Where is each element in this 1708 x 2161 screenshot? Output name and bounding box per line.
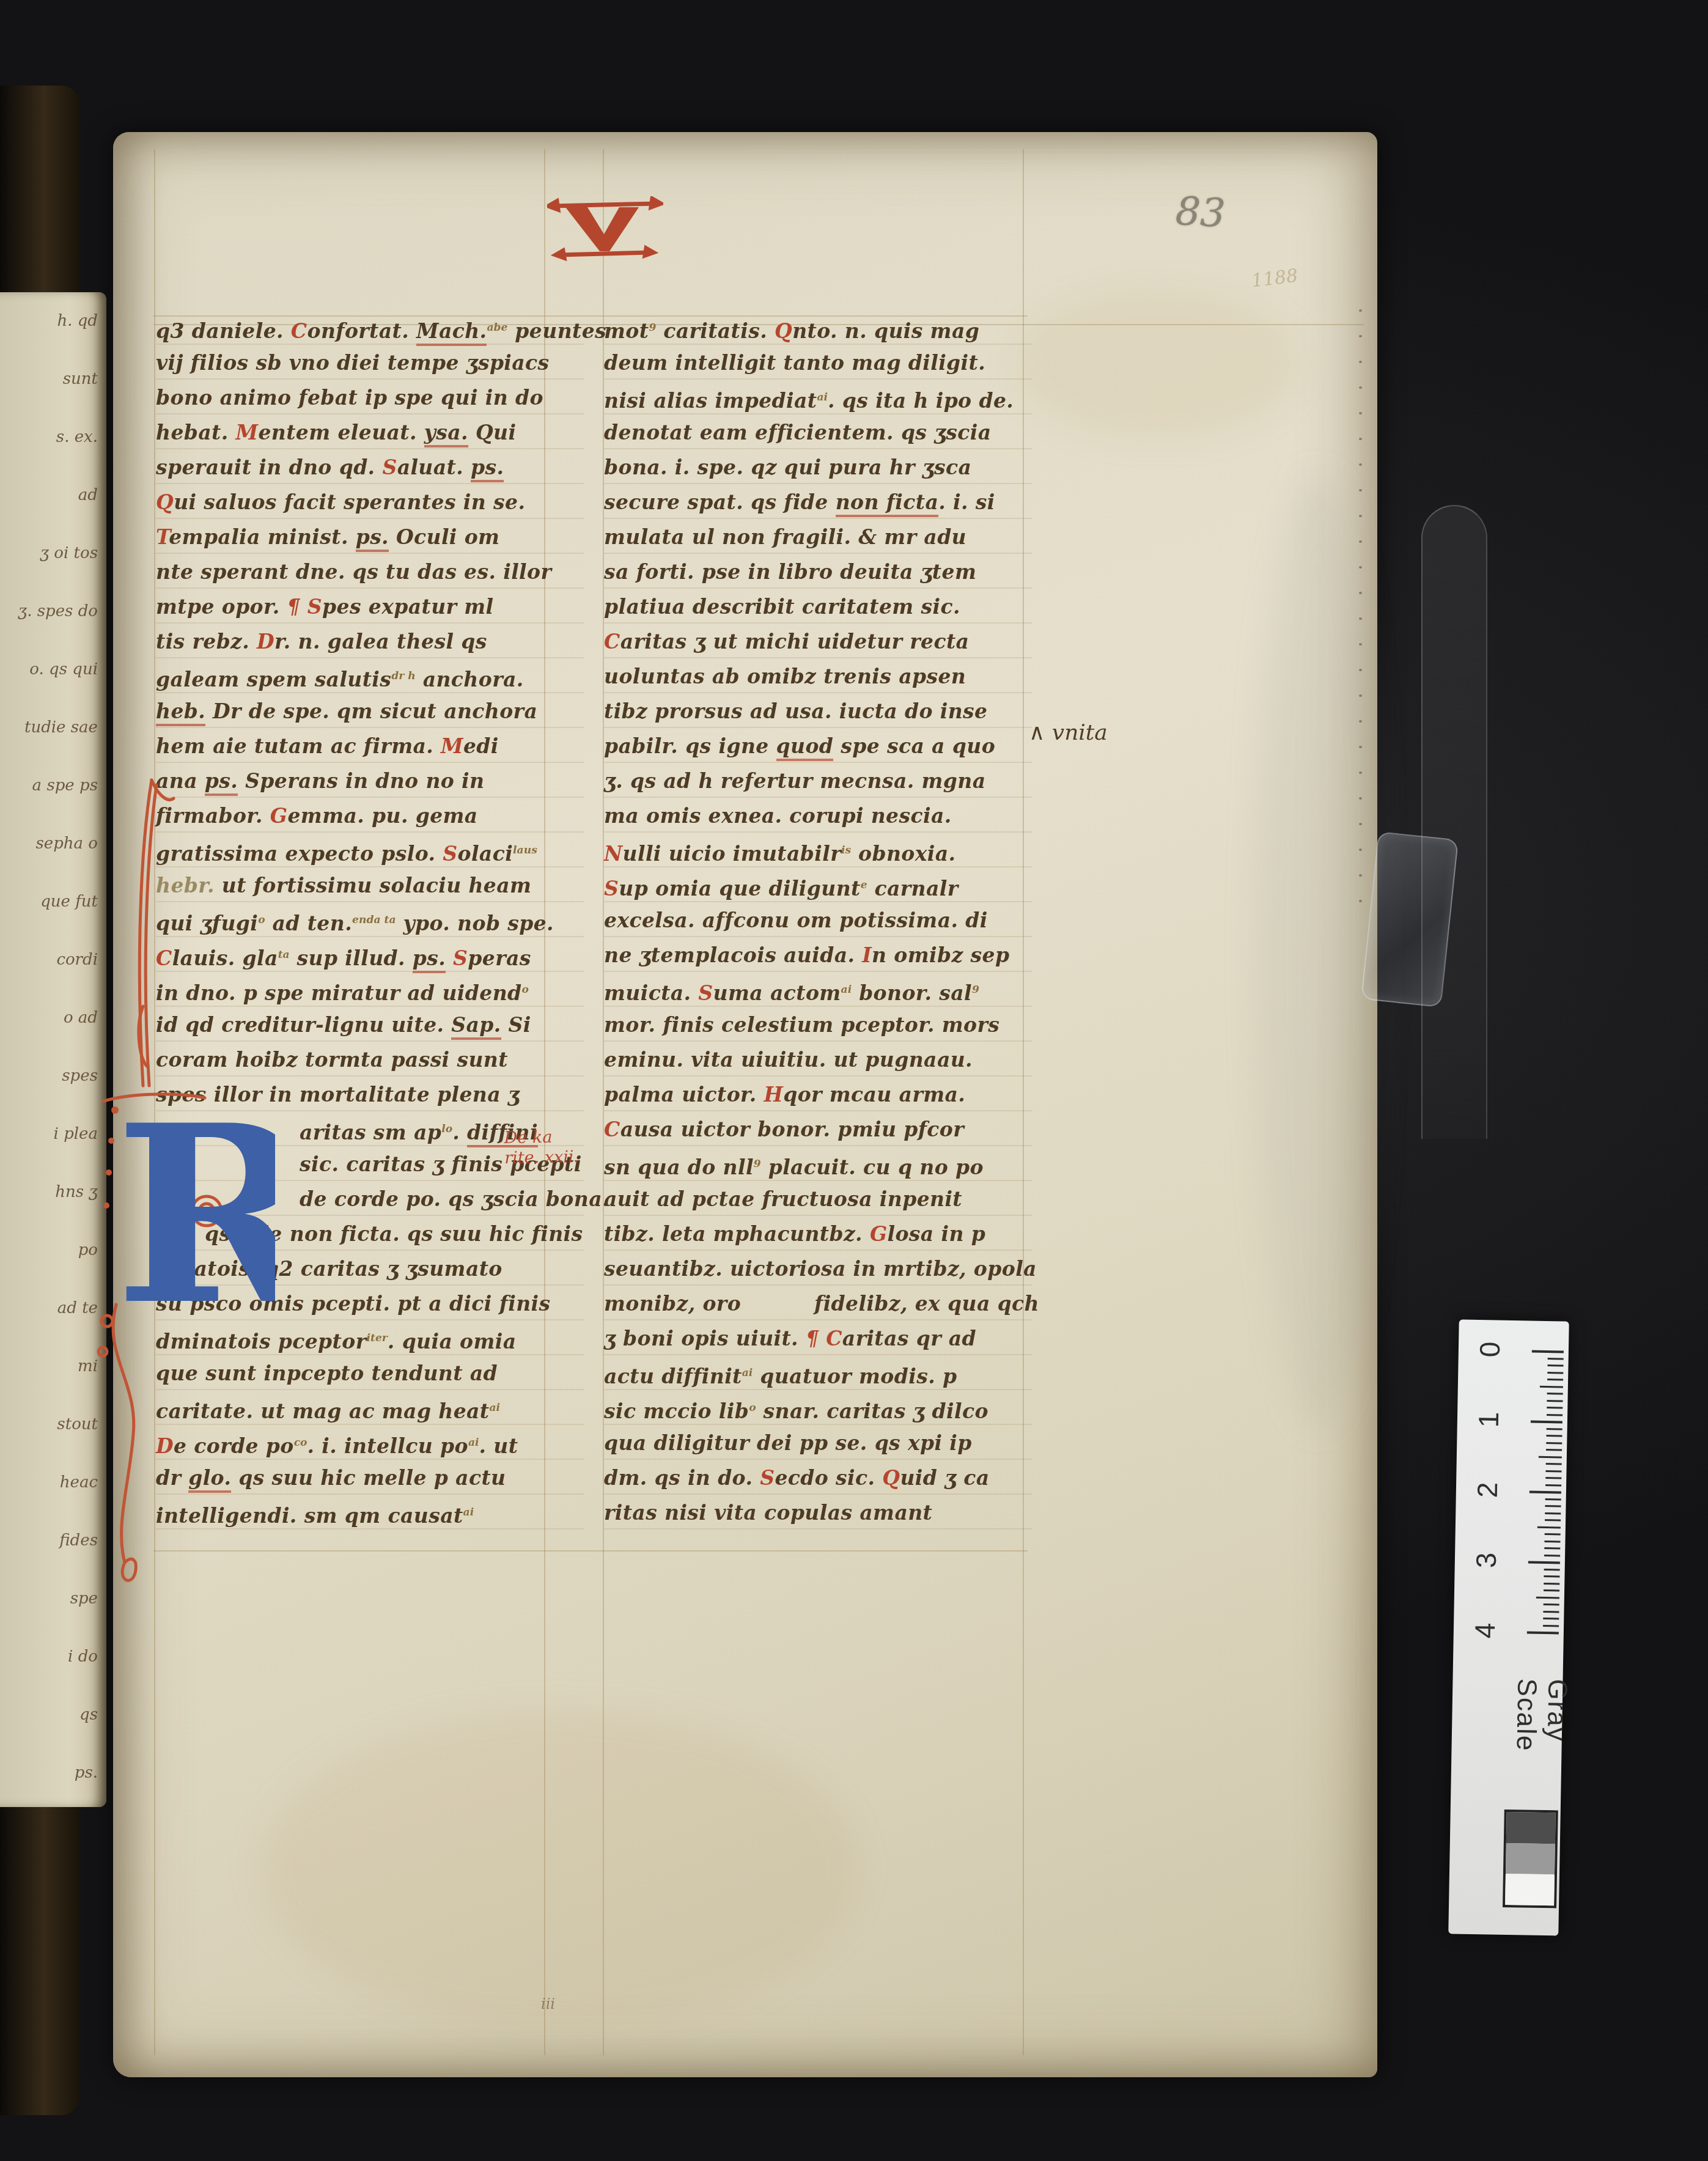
ruler-mm-tick xyxy=(1544,1589,1559,1591)
manuscript-line: nisi alias impediatai. qs ita h ipo de. xyxy=(604,380,1032,415)
manuscript-line: ne ʒtemplacois auida. In omibz sep xyxy=(604,938,1032,973)
manuscript-line: Sup omia que diligunte carnalr xyxy=(604,868,1032,903)
ruler-mm-tick xyxy=(1540,1385,1563,1388)
ruler-mm-tick xyxy=(1545,1533,1561,1535)
prick-mark xyxy=(1359,361,1362,363)
ruler-mm-tick xyxy=(1547,1379,1563,1380)
ruler-mm-tick xyxy=(1543,1618,1559,1619)
manuscript-line: dm. qs in do. Secdo sic. Quid ʒ ca xyxy=(604,1460,1032,1495)
manuscript-line: vij filios sb vno diei tempe ʒspiacs xyxy=(156,345,584,380)
text-column-right: mot9 caritatis. Qnto. n. quis magdeum in… xyxy=(604,311,1032,1530)
facing-line-fragment: qs xyxy=(0,1686,106,1744)
ruler-mm-tick xyxy=(1544,1547,1560,1549)
ruler-mm-tick xyxy=(1546,1435,1562,1437)
manuscript-line: Caritas ʒ ut michi uidetur recta xyxy=(604,624,1032,659)
facing-line-fragment: o. qs qui xyxy=(0,641,106,699)
initial-letter-glyph: R xyxy=(115,1072,275,1359)
manuscript-line: mtpe opor. ¶ Spes expatur ml xyxy=(156,589,584,624)
ruler-mm-tick xyxy=(1548,1358,1564,1360)
prick-mark xyxy=(1359,720,1362,723)
margin-caret-note: ∧ vnita xyxy=(1029,720,1108,745)
prick-mark xyxy=(1359,566,1362,569)
manuscript-line: Qui saluos facit sperantes in se. xyxy=(156,485,584,520)
quire-mark: iii xyxy=(541,1995,555,2012)
manuscript-line: mulata ul non fragili. & mr adu xyxy=(604,520,1032,554)
manuscript-line: tibz. leta mphacuntbz. Glosa in p xyxy=(604,1217,1032,1251)
prick-mark xyxy=(1359,309,1362,312)
chapter-rubric-note: De ka rite. xxii. xyxy=(504,1127,579,1168)
ruler-mm-tick xyxy=(1547,1393,1563,1394)
ruler-ticks xyxy=(1459,1320,1569,1322)
prick-mark xyxy=(1359,643,1362,646)
ruler-mm-tick xyxy=(1544,1575,1559,1577)
manuscript-line: hebat. Mentem eleuat. ysa. Qui xyxy=(156,415,584,450)
faded-ink-number: 1188 xyxy=(1250,265,1299,292)
manuscript-line: pabilr. qs igne quod spe sca a quo xyxy=(604,729,1032,764)
ruler-cm-tick xyxy=(1527,1632,1559,1635)
prick-mark xyxy=(1359,874,1362,877)
ruler-mm-tick xyxy=(1544,1554,1560,1556)
parchment-stain xyxy=(1018,291,1299,438)
ruler-number: 1 xyxy=(1473,1404,1504,1435)
prick-mark xyxy=(1359,669,1362,671)
manuscript-page: V 83 1188 q3 daniele. Confortat. Mach.ab… xyxy=(113,132,1377,2077)
facing-line-fragment: ps. xyxy=(0,1744,106,1802)
ruler-mm-tick xyxy=(1539,1456,1562,1458)
manuscript-line: ʒ. qs ad h refertur mecnsa. mgna xyxy=(604,764,1032,798)
ruler-mm-tick xyxy=(1545,1498,1561,1500)
manuscript-line: mor. finis celestium pceptor. mors xyxy=(604,1007,1032,1042)
manuscript-line: palma uictor. Hqor mcau arma. xyxy=(604,1077,1032,1112)
ruler-mm-tick xyxy=(1545,1512,1561,1514)
gray-patch-dark xyxy=(1506,1812,1556,1844)
prick-mark xyxy=(1359,771,1362,774)
prick-mark xyxy=(1359,849,1362,851)
manuscript-line: sn qua do nll9 placuit. cu q no po xyxy=(604,1147,1032,1182)
manuscript-line: qua diligitur dei pp se. qs xpi ip xyxy=(604,1426,1032,1460)
prick-mark xyxy=(1359,489,1362,491)
manuscript-line: heb. Dr de spe. qm sicut anchora xyxy=(156,694,584,729)
manuscript-line: Tempalia minist. ps. Oculi om xyxy=(156,520,584,554)
chapter-numeral: V xyxy=(547,196,663,263)
prick-mark xyxy=(1359,438,1362,440)
prick-mark xyxy=(1359,515,1362,517)
ruler-mm-tick xyxy=(1545,1519,1561,1521)
manuscript-line: bono animo febat ip spe qui in do xyxy=(156,380,584,415)
ruler-mm-tick xyxy=(1536,1596,1559,1599)
manuscript-line: de corde po. qs ʒscia bona. xyxy=(300,1182,584,1217)
ruler-number: 2 xyxy=(1471,1474,1503,1506)
ruler-mm-tick xyxy=(1546,1442,1562,1444)
manuscript-line: nte sperant dne. qs tu das es. illor xyxy=(156,554,584,589)
manuscript-line: ritas nisi vita copulas amant xyxy=(604,1495,1032,1530)
ruler-cm-tick xyxy=(1532,1350,1564,1353)
ruler-mm-tick xyxy=(1545,1505,1561,1507)
ruler-mm-tick xyxy=(1545,1470,1561,1472)
manuscript-line: sic mccio libo snar. caritas ʒ dilco xyxy=(604,1391,1032,1426)
ruler-mm-tick xyxy=(1547,1364,1563,1366)
manuscript-line: platiua describit caritatem sic. xyxy=(604,589,1032,624)
prick-mark xyxy=(1359,540,1362,543)
prick-mark xyxy=(1359,335,1362,337)
gray-scale-label: Gray Scale xyxy=(1509,1678,1573,1814)
prick-mark xyxy=(1359,694,1362,697)
manuscript-line: seuantibz. uictoriosa in mrtibz, opola xyxy=(604,1251,1032,1286)
prick-mark xyxy=(1359,412,1362,414)
facing-line-fragment: h. qd xyxy=(0,292,106,350)
prick-mark xyxy=(1359,386,1362,389)
manuscript-line: galeam spem salutisdr h anchora. xyxy=(156,659,584,694)
ruler-cm-tick xyxy=(1531,1421,1563,1424)
decorated-initial-R: R xyxy=(79,768,275,1599)
ruler-number: 0 xyxy=(1474,1334,1506,1365)
plastic-strap xyxy=(1421,505,1487,1139)
gray-scale-patches xyxy=(1503,1809,1558,1909)
ruler-mm-tick xyxy=(1547,1372,1563,1374)
manuscript-line: monibz, orofidelibz, ex qua qch xyxy=(604,1286,1032,1321)
ruler-cm-tick xyxy=(1528,1561,1560,1564)
ruler-mm-tick xyxy=(1546,1463,1562,1465)
ruler-mm-tick xyxy=(1544,1603,1559,1605)
manuscript-line: auit ad pctae fructuosa inpenit xyxy=(604,1182,1032,1217)
facing-line-fragment: s. ex. xyxy=(0,408,106,466)
prick-mark xyxy=(1359,463,1362,466)
ruling-line xyxy=(153,1550,1028,1552)
ruler-mm-tick xyxy=(1544,1582,1559,1584)
gray-patch-mid xyxy=(1506,1843,1555,1875)
manuscript-line: tis rebz. Dr. n. galea thesl qs xyxy=(156,624,584,659)
facing-line-fragment: i do xyxy=(0,1628,106,1686)
ruler-number: 4 xyxy=(1469,1615,1500,1646)
ruler-mm-tick xyxy=(1547,1407,1563,1408)
prick-mark xyxy=(1359,746,1362,748)
manuscript-line: eminu. vita uiuitiu. ut pugnaau. xyxy=(604,1042,1032,1077)
prick-mark xyxy=(1359,592,1362,594)
manuscript-line: q3 daniele. Confortat. Mach.abe peuntes xyxy=(156,311,584,345)
manuscript-line: sperauit in dno qd. Saluat. ps. xyxy=(156,450,584,485)
facing-line-fragment: ʒ oi tos xyxy=(0,525,106,583)
manuscript-line: bona. i. spe. qz qui pura hr ʒsca xyxy=(604,450,1032,485)
prick-mark xyxy=(1359,900,1362,902)
manuscript-line: secure spat. qs fide non ficta. i. si xyxy=(604,485,1032,520)
prick-mark xyxy=(1359,797,1362,800)
ruler-mm-tick xyxy=(1544,1568,1560,1570)
facing-line-fragment: tudie sae xyxy=(0,699,106,757)
ruler-mm-tick xyxy=(1544,1540,1560,1542)
facing-line-fragment: ad xyxy=(0,466,106,525)
ruler-mm-tick xyxy=(1547,1400,1563,1402)
folio-pencil-number: 83 xyxy=(1174,189,1226,237)
manuscript-line: Causa uictor bonor. pmiu pfcor xyxy=(604,1112,1032,1147)
ruler-mm-tick xyxy=(1545,1484,1561,1486)
ruler-mm-tick xyxy=(1543,1624,1559,1626)
gray-patch-white xyxy=(1505,1874,1555,1905)
manuscript-line: mot9 caritatis. Qnto. n. quis mag xyxy=(604,311,1032,345)
prick-mark xyxy=(1359,823,1362,825)
manuscript-line: denotat eam efficientem. qs ʒscia xyxy=(604,415,1032,450)
manuscript-line: uoluntas ab omibz trenis apsen xyxy=(604,659,1032,694)
ruler-cm-tick xyxy=(1529,1491,1561,1494)
ruler-mm-tick xyxy=(1537,1526,1561,1528)
facing-line-fragment: ʒ. spes do xyxy=(0,583,106,641)
parchment-stain xyxy=(260,1709,859,2027)
manuscript-line: actu diffinitai quatuor modis. p xyxy=(604,1356,1032,1391)
manuscript-line: tibz prorsus ad usa. iucta do inse xyxy=(604,694,1032,729)
ruler-numbers: 01234 xyxy=(1459,1320,1569,1322)
manuscript-line: Nulli uicio imutabilris obnoxia. xyxy=(604,833,1032,868)
manuscript-line: deum intelligit tanto mag diligit. xyxy=(604,345,1032,380)
manuscript-line: hem aie tutam ac firma. Medi xyxy=(156,729,584,764)
manuscript-line: ʒ boni opis uiuit. ¶ Caritas qr ad xyxy=(604,1321,1032,1356)
gray-scale-ruler: 01234 Gray Scale xyxy=(1448,1320,1569,1936)
facing-line-fragment: sunt xyxy=(0,350,106,408)
manuscript-line: muicta. Suma actomai bonor. sal9 xyxy=(604,973,1032,1007)
prick-mark xyxy=(1359,617,1362,620)
ruler-mm-tick xyxy=(1547,1414,1563,1416)
manuscript-line: excelsa. affconu om potissima. di xyxy=(604,903,1032,938)
ruler-number: 3 xyxy=(1470,1545,1501,1576)
manuscript-line: ma omis exnea. corupi nescia. xyxy=(604,798,1032,833)
ruler-mm-tick xyxy=(1546,1449,1562,1451)
ruler-mm-tick xyxy=(1547,1428,1563,1430)
ruler-mm-tick xyxy=(1543,1610,1559,1612)
ruler-mm-tick xyxy=(1545,1477,1561,1479)
manuscript-line: sa forti. pse in libro deuita ʒtem xyxy=(604,554,1032,589)
